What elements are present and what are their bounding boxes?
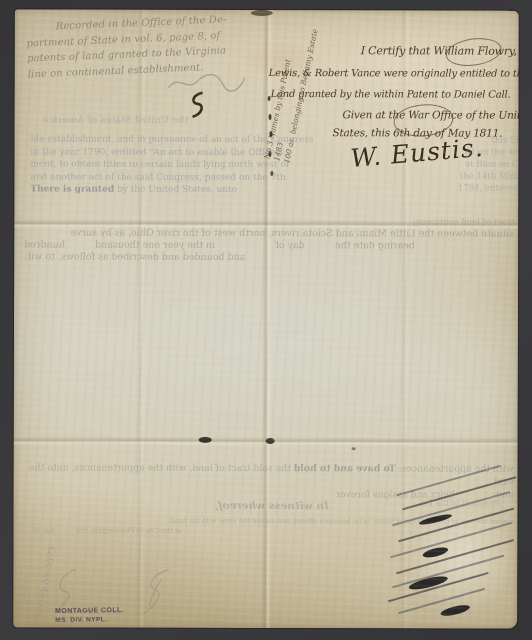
survey-line: and bounded and described as follows, to… xyxy=(24,251,514,264)
act-line: in the year 1790, entitled "An act to en… xyxy=(30,146,282,159)
fold-speck xyxy=(269,114,272,120)
fold-speck xyxy=(269,131,272,137)
fold-speck xyxy=(268,96,271,101)
fold-speck xyxy=(268,151,271,157)
showthrough-fragment: ed on the 40 xyxy=(465,148,519,158)
showthrough-fragment: 1784, entered xyxy=(458,184,519,194)
witness-heading: In witness whereof, xyxy=(214,500,328,512)
mirrored-heading-fragment: the United States of America xyxy=(43,115,189,125)
stamp-line: MONTAGUE COLL. xyxy=(55,607,124,617)
speck xyxy=(352,447,356,450)
habendum-blackletter: To have and to hold xyxy=(294,463,396,474)
granted-blackletter: There is granted xyxy=(30,185,114,195)
edge-stain xyxy=(251,10,273,16)
survey-showthrough: tract of land containing situate between… xyxy=(24,215,514,264)
fold-speck xyxy=(270,171,273,176)
pencil-scribble xyxy=(137,566,175,618)
act-line: ble establishment, and in pursuance of a… xyxy=(30,133,282,146)
ink-blot xyxy=(266,438,275,444)
document-sheet: Recorded in the Office of the De- partme… xyxy=(13,9,519,628)
showthrough-fragment: this Li xyxy=(491,136,518,146)
showthrough-fragment: the 14th Mim xyxy=(460,172,519,182)
act-line: ment, to obtain titles to certain lands … xyxy=(30,159,282,172)
nypl-stamp: MONTAGUE COLL. MS. DIV. NYPL. xyxy=(55,607,124,625)
act-line: and another act of the said Congress, pa… xyxy=(30,171,282,184)
survey-fragment: tract of land containing xyxy=(24,215,514,228)
pencil-margin-note: B Janney xyxy=(16,573,31,610)
granted-rest: by the United States, unto xyxy=(114,185,237,195)
ink-blot xyxy=(199,437,212,443)
worn-patch xyxy=(406,502,516,612)
damage-area xyxy=(388,472,519,624)
pencil-oval-name xyxy=(444,35,503,69)
showthrough-fragment: at Blue on C xyxy=(465,160,518,170)
act-granted-line: There is granted by the United States, u… xyxy=(30,184,282,197)
scanner-background: Recorded in the Office of the De- partme… xyxy=(0,0,532,640)
act-showthrough: ble establishment, and in pursuance of a… xyxy=(30,133,282,197)
stamp-line: MS. DIV. NYPL. xyxy=(55,616,124,626)
